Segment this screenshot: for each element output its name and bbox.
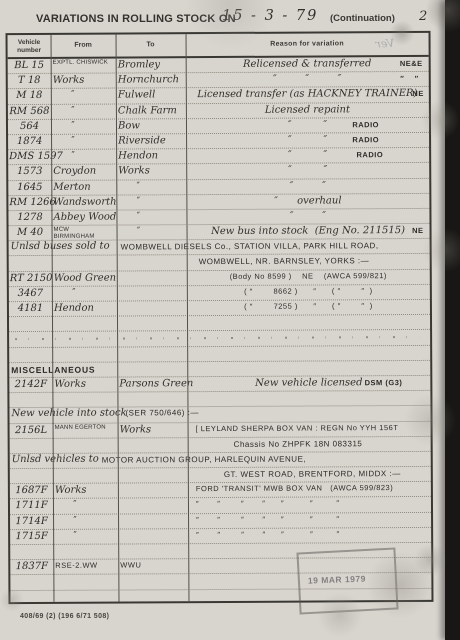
table-cell: FORD 'TRANSIT' MWB BOX VAN (AWCA 599/823… bbox=[190, 483, 429, 493]
table-cell: 1874 bbox=[9, 136, 50, 147]
table-cell: 1645 bbox=[9, 181, 50, 192]
table-cell: Works bbox=[54, 378, 116, 389]
table-cell: ″ ″ ″ ″ ″ ″ ″ bbox=[190, 514, 429, 524]
table-cell: Licensed repaint bbox=[188, 103, 427, 115]
header-to: To bbox=[116, 34, 186, 50]
reason-code: DSM (G3) bbox=[365, 378, 403, 387]
rolling-stock-table: Vehicle number From To Reason for variat… bbox=[6, 31, 434, 604]
table-cell: Works bbox=[118, 165, 185, 176]
table-cell: ″ bbox=[53, 151, 93, 161]
table-cell: MCW BIRMINGHAM bbox=[54, 227, 116, 240]
table-cell: New bus into stock (Eng No. 211515) bbox=[189, 225, 428, 237]
table-cell: Hendon bbox=[118, 150, 185, 161]
header-vehicle-number: Vehicle number bbox=[8, 35, 51, 55]
table-cell: ( ″ 7255 ) ″ ( ″ ″ ) bbox=[189, 301, 428, 311]
table-cell: M 18 bbox=[9, 90, 50, 101]
table-cell: ″ ″ bbox=[188, 149, 427, 161]
table-cell: 1837F bbox=[11, 561, 52, 572]
table-body: BL 15EXPTL. CHISWICKBromleyRelicensed & … bbox=[8, 57, 432, 604]
table-cell: ″ bbox=[53, 120, 93, 130]
reason-code: NE&E bbox=[400, 59, 423, 68]
table-cell: ″ bbox=[54, 287, 94, 297]
table-cell: 1278 bbox=[9, 212, 50, 223]
table-cell: 1711F bbox=[11, 500, 52, 511]
stamp-date-text: 19 MAR 1979 bbox=[308, 574, 366, 586]
table-cell: Relicensed & transferred bbox=[188, 58, 427, 70]
table-cell: Works bbox=[55, 485, 117, 496]
reason-code: RADIO bbox=[352, 135, 379, 144]
table-cell: 4181 bbox=[10, 303, 51, 314]
table-cell: 2142F bbox=[10, 379, 51, 390]
table-cell: Fulwell bbox=[118, 90, 185, 101]
scan-edge-shadow bbox=[445, 0, 460, 640]
table-cell: Hendon bbox=[54, 303, 116, 314]
table-cell: RM 1266 bbox=[9, 197, 50, 208]
table-cell: 1714F bbox=[11, 516, 52, 527]
table-cell: ″ ″ bbox=[188, 134, 427, 146]
table-header: Vehicle number From To Reason for variat… bbox=[8, 33, 429, 59]
table-cell: Merton bbox=[53, 181, 115, 192]
table-cell: ″ ″ bbox=[188, 210, 427, 222]
table-cell: Hornchurch bbox=[118, 74, 185, 85]
table-cell: Wood Green bbox=[54, 272, 116, 283]
table-cell: BL 15 bbox=[9, 60, 50, 71]
reason-code: RADIO bbox=[356, 150, 383, 159]
continuation-label: (Continuation) bbox=[330, 13, 395, 24]
reason-code: RADIO bbox=[352, 120, 379, 129]
table-cell: Works bbox=[120, 424, 187, 435]
table-cell: ″ ″ ″ ″ ″ ″ ″ bbox=[190, 529, 429, 539]
table-cell: ″ ″ ″ ″ ″ ″ ″ bbox=[190, 498, 429, 508]
table-cell: 3467 bbox=[10, 288, 51, 299]
handwritten-date: 15 - 3 - 79 bbox=[222, 8, 318, 24]
table-cell: ″ bbox=[119, 226, 159, 236]
table-cell: ″ overhaul bbox=[188, 195, 427, 207]
table-cell: ″ ″ ″ bbox=[188, 73, 427, 85]
ink-bleed-ghost-text: Ver bbox=[376, 37, 395, 51]
note-lead: Unlsd buses sold to bbox=[11, 241, 110, 253]
table-cell: 564 bbox=[9, 121, 50, 132]
note-lead: New vehicle into stock bbox=[11, 408, 126, 420]
reason-code: NE bbox=[412, 89, 423, 98]
table-cell: ″ bbox=[118, 211, 158, 221]
table-cell: ″ ″ bbox=[188, 119, 427, 131]
table-cell: RM 568 bbox=[9, 105, 50, 116]
table-cell: T 18 bbox=[9, 75, 50, 86]
table-cell: (Body No 8599 ) NE (AWCA 599/821) bbox=[189, 271, 428, 281]
table-cell: 1687F bbox=[11, 485, 52, 496]
table-cell: Parsons Green bbox=[119, 378, 186, 389]
table-cell: MANN EGERTON bbox=[55, 424, 117, 431]
table-cell: 2156L bbox=[11, 424, 52, 435]
table-cell: Works bbox=[53, 75, 115, 86]
table-cell: EXPTL. CHISWICK bbox=[53, 60, 115, 67]
table-cell: ″ ″ bbox=[188, 179, 427, 191]
header-from: From bbox=[51, 35, 116, 51]
table-cell: ″ bbox=[118, 181, 158, 191]
table-cell: 1573 bbox=[9, 166, 50, 177]
reason-code: ″ ″ bbox=[400, 74, 419, 83]
table-cell: M 40 bbox=[10, 227, 51, 238]
page-number: 2 bbox=[419, 9, 427, 24]
form-reference-footer: 408/69 (2) (196 6/71 508) bbox=[20, 613, 109, 620]
note-body: WOMBWELL DIESELS Co., STATION VILLA, PAR… bbox=[121, 241, 379, 251]
table-cell: ″ bbox=[55, 530, 95, 540]
table-cell: ″ bbox=[55, 515, 95, 525]
date-stamp: 19 MAR 1979 bbox=[296, 547, 398, 614]
table-cell: Riverside bbox=[118, 135, 185, 146]
reason-code: NE bbox=[412, 226, 423, 235]
table-cell: Wandsworth bbox=[53, 196, 115, 207]
table-cell: [ LEYLAND SHERPA BOX VAN : REGN No YYH 1… bbox=[190, 422, 429, 432]
table-cell: ″ bbox=[118, 196, 158, 206]
document-page: VARIATIONS IN ROLLING STOCK ON 15 - 3 - … bbox=[0, 0, 460, 640]
table-cell: WWU bbox=[120, 560, 187, 569]
table-cell: ″ ″ bbox=[188, 164, 427, 176]
note-body: MOTOR AUCTION GROUP, HARLEQUIN AVENUE, bbox=[102, 454, 306, 464]
table-cell: Bow bbox=[118, 120, 185, 131]
table-cell: 1715F bbox=[11, 531, 52, 542]
note-body: GT. WEST ROAD, BRENTFORD, MIDDX :— bbox=[224, 469, 401, 479]
table-cell: Bromley bbox=[118, 59, 185, 70]
section-heading: MISCELLANEOUS bbox=[11, 364, 95, 374]
table-cell: RT 2150 bbox=[10, 273, 51, 284]
table-cell: ″ bbox=[53, 90, 93, 100]
note-lead: Unlsd vehicles to bbox=[12, 454, 99, 465]
note-body: Chassis No ZHPFK 18N 083315 bbox=[234, 439, 363, 449]
table-cell: ″ bbox=[53, 136, 93, 146]
table-cell: ″ bbox=[55, 500, 95, 510]
table-cell: ″ bbox=[53, 105, 93, 115]
page-title: VARIATIONS IN ROLLING STOCK ON bbox=[36, 13, 236, 25]
note-body: WOMBWELL, NR. BARNSLEY, YORKS :— bbox=[199, 257, 369, 267]
table-cell: Licensed transfer (as HACKNEY TRAINER) bbox=[188, 88, 427, 100]
table-cell: DMS 1597 bbox=[9, 151, 50, 162]
table-cell: ( ″ 8662 ) ″ ( ″ ″ ) bbox=[189, 286, 428, 296]
table-cell: Chalk Farm bbox=[118, 105, 185, 116]
table-cell: Abbey Wood bbox=[53, 211, 115, 222]
table-cell: Croydon bbox=[53, 166, 115, 177]
table-cell: RSE-2.WW bbox=[55, 561, 117, 570]
